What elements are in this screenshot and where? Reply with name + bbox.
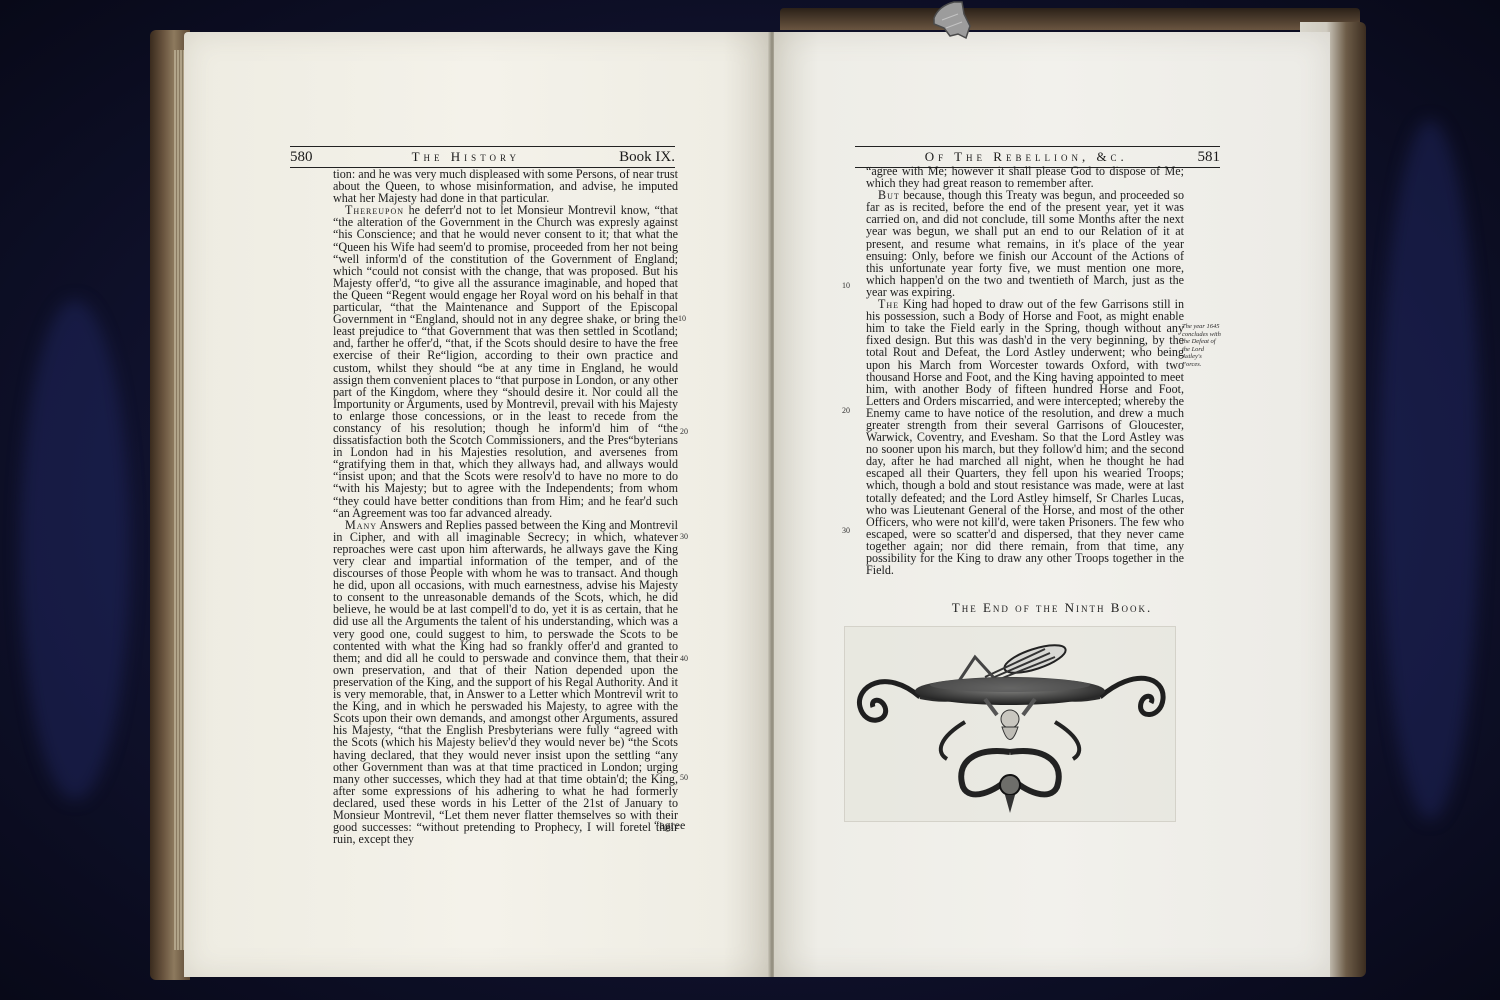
tailpiece-ornament: [844, 626, 1176, 822]
line-number: 20: [680, 427, 688, 436]
left-body-text: tion: and he was very much displeased wi…: [333, 168, 678, 845]
page-number: 580: [290, 149, 313, 166]
line-number: 20: [842, 406, 850, 415]
cloth-fold: [20, 300, 130, 800]
cloth-fold: [1380, 120, 1480, 820]
paragraph: The King had hoped to draw out of the fe…: [866, 298, 1184, 576]
margin-note: The year 1645 concludes with the Defeat …: [1182, 323, 1222, 368]
end-of-book-title: The End of the Ninth Book.: [902, 600, 1202, 616]
line-number: 10: [842, 281, 850, 290]
book-top-board: [780, 8, 1360, 30]
catchword: “agree: [654, 818, 685, 833]
metal-clasp-icon: [928, 0, 974, 40]
running-title: Of The Rebellion, &c.: [855, 149, 1198, 165]
line-number: 30: [680, 532, 688, 541]
page-number: 581: [1198, 149, 1221, 166]
tailpiece-engraving-icon: [845, 627, 1175, 821]
line-number: 50: [680, 773, 688, 782]
paragraph: Many Answers and Replies passed between …: [333, 519, 678, 846]
running-title: The History: [313, 149, 620, 165]
line-number: 10: [678, 314, 686, 323]
paragraph: tion: and he was very much displeased wi…: [333, 168, 678, 204]
paragraph: Thereupon he deferr'd not to let Monsieu…: [333, 204, 678, 518]
paragraph: “agree with Me; however it shall please …: [866, 165, 1184, 189]
right-body-text: “agree with Me; however it shall please …: [866, 165, 1184, 576]
line-number: 40: [680, 654, 688, 663]
book-label: Book IX.: [619, 149, 675, 166]
left-running-head: 580 The History Book IX.: [290, 146, 675, 168]
paragraph: But because, though this Treaty was begu…: [866, 189, 1184, 298]
right-page: Of The Rebellion, &c. 581 “agree with Me…: [774, 32, 1330, 977]
line-number: 30: [842, 526, 850, 535]
left-page: 580 The History Book IX. tion: and he wa…: [184, 32, 770, 977]
